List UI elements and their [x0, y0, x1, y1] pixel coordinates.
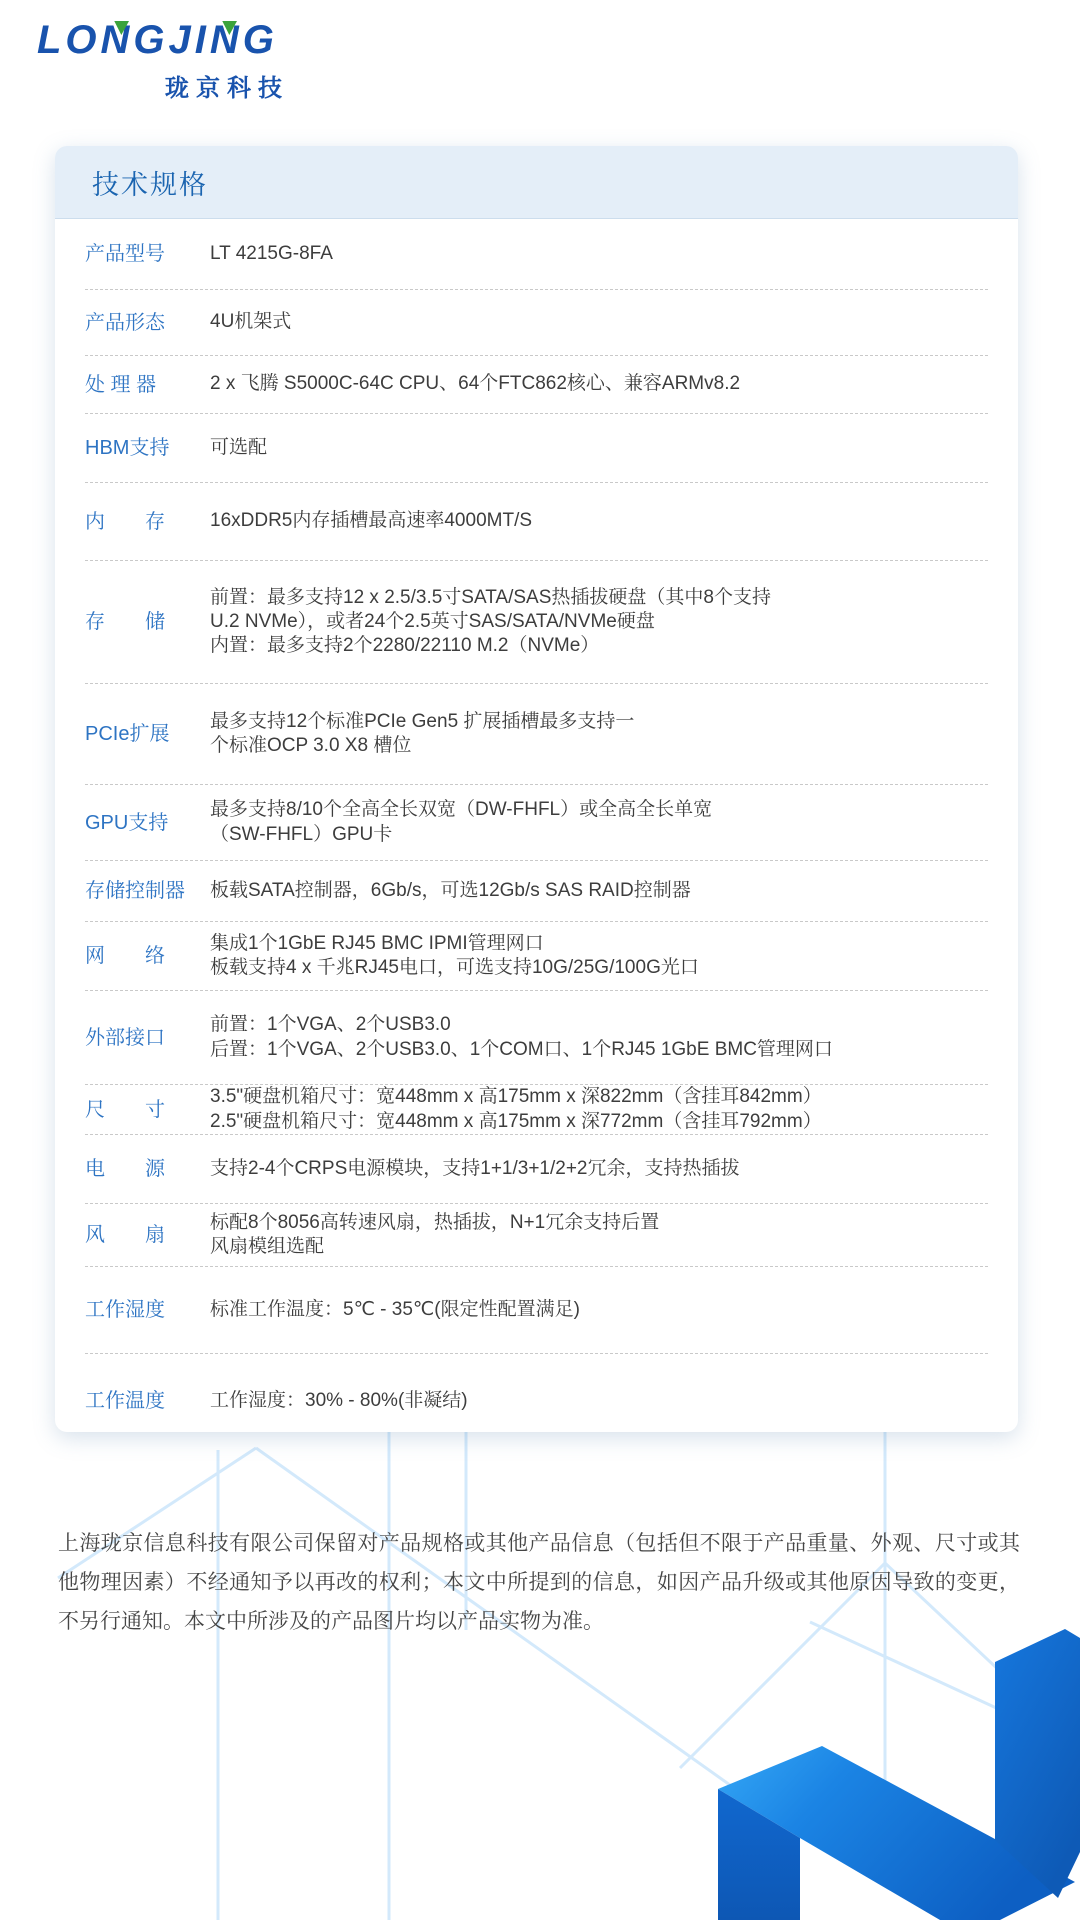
spec-value: 可选配	[210, 436, 988, 460]
spec-row-temperature: 工作温度 工作湿度：30% - 80%(非凝结)	[85, 1354, 988, 1432]
spec-row-form-factor: 产品形态 4U机架式	[85, 290, 988, 356]
spec-label: 电 源	[85, 1157, 210, 1181]
disclaimer-text: 上海珑京信息科技有限公司保留对产品规格或其他产品信息（包括但不限于产品重量、外观…	[58, 1524, 1020, 1641]
logo-subtitle: 珑京科技	[165, 68, 289, 103]
spec-value: 标配8个8056高转速风扇，热插拔，N+1冗余支持后置 风扇模组选配	[210, 1211, 988, 1260]
spec-value: 前置：1个VGA、2个USB3.0 后置：1个VGA、2个USB3.0、1个CO…	[210, 1013, 988, 1062]
spec-row-network: 网 络 集成1个1GbE RJ45 BMC IPMI管理网口 板载支持4 x 千…	[85, 922, 988, 991]
spec-value: 标准工作温度：5℃ - 35℃(限定性配置满足)	[210, 1298, 988, 1322]
spec-row-cpu: 处 理 器 2 x 飞腾 S5000C-64C CPU、64个FTC862核心、…	[85, 356, 988, 414]
spec-row-external-io: 外部接口 前置：1个VGA、2个USB3.0 后置：1个VGA、2个USB3.0…	[85, 991, 988, 1085]
spec-row-power: 电 源 支持2-4个CRPS电源模块，支持1+1/3+1/2+2冗余，支持热插拔	[85, 1135, 988, 1204]
spec-label: 存储控制器	[85, 879, 210, 903]
spec-label: GPU支持	[85, 811, 210, 835]
spec-row-humidity: 工作湿度 标准工作温度：5℃ - 35℃(限定性配置满足)	[85, 1267, 988, 1354]
spec-label: PCIe扩展	[85, 722, 210, 746]
spec-card-title: 技术规格	[92, 163, 208, 202]
spec-row-memory: 内 存 16xDDR5内存插槽最高速率4000MT/S	[85, 483, 988, 561]
spec-label: 工作温度	[85, 1389, 210, 1413]
spec-value: 最多支持12个标准PCIe Gen5 扩展插槽最多支持一 个标准OCP 3.0 …	[210, 710, 988, 759]
spec-label: 内 存	[85, 510, 210, 534]
spec-row-model: 产品型号 LT 4215G-8FA	[85, 219, 988, 290]
spec-label: 尺 寸	[85, 1098, 210, 1122]
spec-row-dimensions: 尺 寸 3.5"硬盘机箱尺寸：宽448mm x 高175mm x 深822mm（…	[85, 1085, 988, 1135]
spec-label: HBM支持	[85, 436, 210, 460]
spec-label: 处 理 器	[85, 373, 210, 397]
logo-wordmark: LONGJING	[37, 18, 289, 62]
spec-label: 产品型号	[85, 242, 210, 266]
spec-value: 集成1个1GbE RJ45 BMC IPMI管理网口 板载支持4 x 千兆RJ4…	[210, 932, 988, 981]
n-ribbon-graphic	[718, 1629, 1080, 1920]
spec-label: 外部接口	[85, 1026, 210, 1050]
spec-value: 前置：最多支持12 x 2.5/3.5寸SATA/SAS热插拔硬盘（其中8个支持…	[210, 586, 988, 659]
spec-value: 工作湿度：30% - 80%(非凝结)	[210, 1389, 988, 1413]
spec-row-storage-controller: 存储控制器 板载SATA控制器，6Gb/s，可选12Gb/s SAS RAID控…	[85, 861, 988, 922]
spec-value: 板载SATA控制器，6Gb/s，可选12Gb/s SAS RAID控制器	[210, 879, 988, 903]
spec-label: 风 扇	[85, 1223, 210, 1247]
spec-label: 工作湿度	[85, 1298, 210, 1322]
spec-label: 网 络	[85, 944, 210, 968]
spec-row-hbm: HBM支持 可选配	[85, 414, 988, 483]
spec-row-storage: 存 储 前置：最多支持12 x 2.5/3.5寸SATA/SAS热插拔硬盘（其中…	[85, 561, 988, 684]
spec-value: LT 4215G-8FA	[210, 242, 988, 266]
spec-value: 2 x 飞腾 S5000C-64C CPU、64个FTC862核心、兼容ARMv…	[210, 372, 988, 396]
spec-card-header: 技术规格	[55, 146, 1018, 219]
spec-table: 产品型号 LT 4215G-8FA 产品形态 4U机架式 处 理 器 2 x 飞…	[55, 219, 1018, 1432]
spec-value: 支持2-4个CRPS电源模块，支持1+1/3+1/2+2冗余，支持热插拔	[210, 1157, 988, 1181]
spec-value: 最多支持8/10个全高全长双宽（DW-FHFL）或全高全长单宽 （SW-FHFL…	[210, 798, 988, 847]
spec-row-fans: 风 扇 标配8个8056高转速风扇，热插拔，N+1冗余支持后置 风扇模组选配	[85, 1204, 988, 1267]
logo: LONGJING 珑京科技	[37, 18, 289, 103]
spec-value: 4U机架式	[210, 310, 988, 334]
spec-value: 3.5"硬盘机箱尺寸：宽448mm x 高175mm x 深822mm（含挂耳8…	[210, 1085, 988, 1134]
spec-label: 存 储	[85, 610, 210, 634]
spec-label: 产品形态	[85, 311, 210, 335]
spec-row-gpu: GPU支持 最多支持8/10个全高全长双宽（DW-FHFL）或全高全长单宽 （S…	[85, 785, 988, 861]
spec-row-pcie: PCIe扩展 最多支持12个标准PCIe Gen5 扩展插槽最多支持一 个标准O…	[85, 684, 988, 785]
spec-card: 技术规格 产品型号 LT 4215G-8FA 产品形态 4U机架式 处 理 器 …	[55, 146, 1018, 1432]
spec-value: 16xDDR5内存插槽最高速率4000MT/S	[210, 509, 988, 533]
